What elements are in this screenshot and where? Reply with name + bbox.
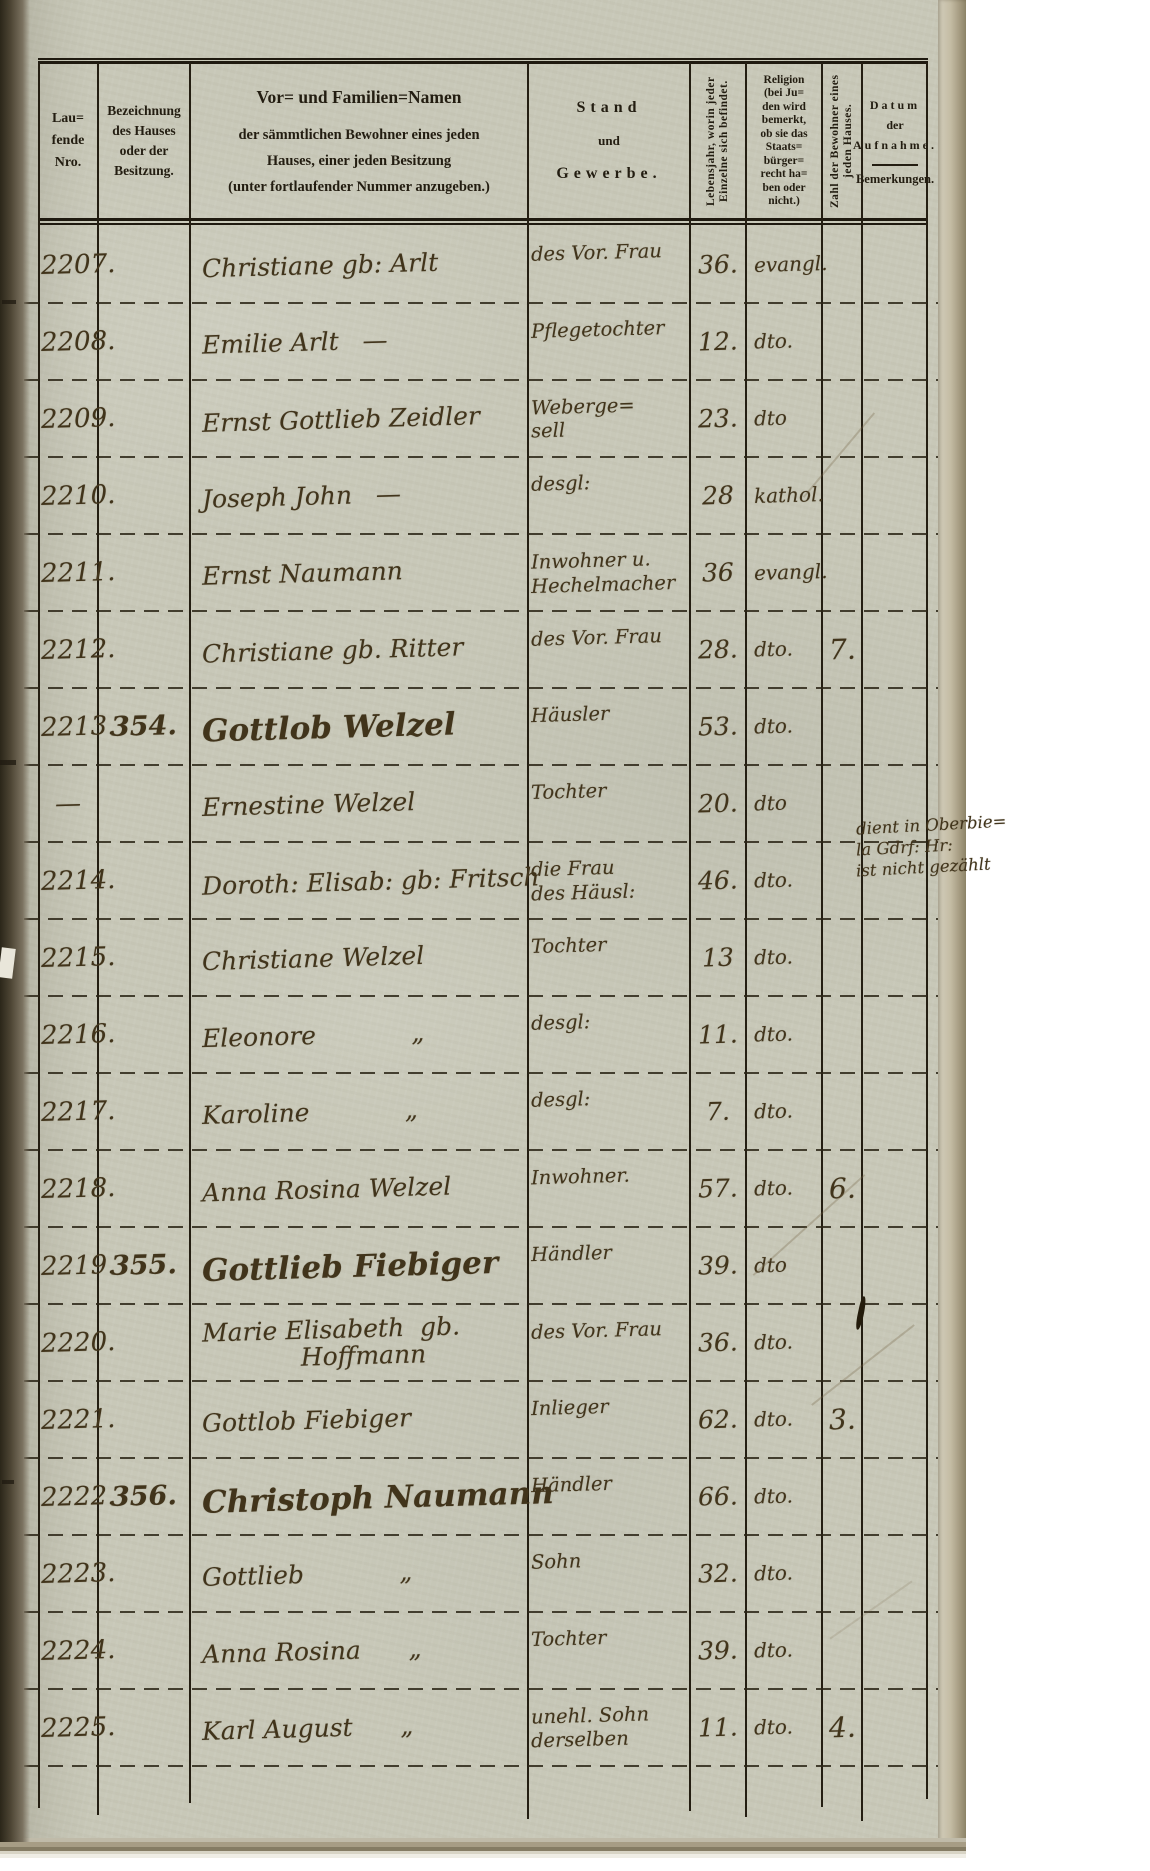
cell-stand-gewerbe: Tochter [528, 780, 690, 827]
header-bezeichnung: Bezeichnung des Hauses oder der Besitzun… [98, 64, 190, 218]
cell-religion: dto. [746, 1330, 822, 1355]
table-row: 2210. Joseph John — desgl: 28 kathol. [38, 457, 928, 534]
cell-religion: dto. [746, 714, 822, 739]
cell-laufende-nro: 2216. [38, 1020, 98, 1050]
cell-name: Ernst Gottlieb Zeidler [190, 406, 528, 432]
cell-zahl-bewohner [822, 1481, 862, 1513]
cell-hausnummer [98, 1560, 190, 1588]
table-row: 2212. Christiane gb. Ritter des Vor. Fra… [38, 611, 928, 688]
resident-count: 4. [828, 1710, 856, 1744]
person-name: Gottlob Fiebiger [202, 1404, 412, 1437]
header-text: ben oder [762, 182, 805, 196]
remark-note: dient in Oberbie= la Gdrf: Hr: ist nicht… [856, 814, 1026, 877]
cell-name: Gottlieb Fiebiger [190, 1253, 528, 1279]
occupation-line2: sell [531, 418, 566, 442]
cell-laufende-nro: 2212. [38, 635, 98, 665]
cell-name: Christiane gb: Arlt [190, 252, 528, 278]
cell-name: Anna Rosina „ [190, 1638, 528, 1664]
cell-hausnummer [98, 1329, 190, 1357]
cell-laufende-nro: — [38, 789, 98, 819]
religion-value: dto. [754, 1175, 794, 1200]
person-name: Gottlieb „ [202, 1558, 413, 1591]
table-row: 2222. 356. Christoph Naumann Händler 66.… [38, 1458, 928, 1535]
cell-lebensjahr: 20. [690, 789, 746, 819]
cell-zahl-bewohner [822, 1558, 862, 1590]
table-row: 2218. Anna Rosina Welzel Inwohner. 57. d… [38, 1150, 928, 1227]
cell-hausnummer [98, 251, 190, 279]
cell-lebensjahr: 46. [690, 866, 746, 896]
cell-hausnummer [98, 1175, 190, 1203]
cell-zahl-bewohner [822, 942, 862, 974]
header-text: der sämmtlichen Bewohner eines jeden [238, 127, 479, 144]
age-value: 23. [698, 403, 739, 433]
cell-name: Joseph John — [190, 483, 528, 509]
religion-value: dto. [754, 867, 794, 892]
cell-name: Ernst Naumann [190, 560, 528, 586]
cell-stand-gewerbe: des Vor. Frau [528, 241, 690, 288]
table-row: 2214. Doroth: Elisab: gb: Fritsch die Fr… [38, 842, 928, 919]
cell-hausnummer [98, 482, 190, 510]
occupation: des Vor. Frau [531, 1317, 662, 1344]
religion-value: dto. [754, 636, 794, 661]
cell-hausnummer: 356. [98, 1481, 190, 1512]
cell-religion: dto. [746, 1715, 822, 1740]
cell-laufende-nro: 2214. [38, 866, 98, 896]
cell-religion: dto. [746, 945, 822, 970]
age-value: 20. [698, 788, 739, 818]
header-stand-gewerbe: Stand und Gewerbe. [528, 64, 690, 218]
age-value: 36 [702, 557, 735, 587]
table-row: 2223. Gottlieb „ Sohn 32. dto. [38, 1535, 928, 1612]
binding-stub [2, 1480, 14, 1484]
cell-stand-gewerbe: Tochter [528, 1627, 690, 1674]
cell-stand-gewerbe: desgl: [528, 1088, 690, 1135]
cell-stand-gewerbe: Weberge= sell [528, 395, 690, 443]
cell-lebensjahr: 36. [690, 1328, 746, 1358]
cell-religion: dto. [746, 1561, 822, 1586]
header-text: recht ha= [761, 168, 808, 182]
cell-religion: dto. [746, 1099, 822, 1124]
cell-hausnummer [98, 636, 190, 664]
occupation: Tochter [531, 1626, 607, 1651]
header-text: Lau= [52, 108, 84, 130]
cell-name: Gottlob Welzel [190, 714, 528, 740]
cell-stand-gewerbe: Inlieger [528, 1396, 690, 1443]
cell-stand-gewerbe: des Vor. Frau [528, 626, 690, 673]
cell-stand-gewerbe: des Vor. Frau [528, 1319, 690, 1366]
cell-name: Gottlieb „ [190, 1561, 528, 1587]
cell-lebensjahr: 36. [690, 250, 746, 280]
person-name: Christiane gb: Arlt [202, 248, 439, 282]
cell-zahl-bewohner: 3. [822, 1403, 862, 1437]
occupation: Inwohner u. [531, 547, 651, 573]
religion-value: dto. [754, 1714, 794, 1739]
cell-zahl-bewohner [822, 1635, 862, 1667]
cell-religion: dto. [746, 1022, 822, 1047]
header-text: (unter fortlaufender Nummer anzugeben.) [228, 179, 490, 196]
religion-value: dto. [754, 944, 794, 969]
cell-laufende-nro: 2208. [38, 327, 98, 357]
cell-laufende-nro: 2218. [38, 1174, 98, 1204]
resident-count: 3. [828, 1402, 856, 1436]
age-value: 46. [698, 865, 739, 895]
header-text: bürger= [764, 155, 804, 169]
page-bottom-edge [0, 1838, 966, 1858]
occupation: des Vor. Frau [531, 239, 662, 266]
age-value: 11. [698, 1712, 739, 1742]
person-name: Eleonore „ [202, 1018, 425, 1051]
religion-value: dto. [754, 328, 794, 353]
cell-laufende-nro: 2219. [38, 1251, 98, 1281]
person-name: Christiane gb. Ritter [202, 633, 464, 667]
cell-religion: dto. [746, 1638, 822, 1663]
header-text: ob sie das [760, 128, 807, 142]
cell-name: Christoph Naumann [190, 1484, 528, 1510]
header-text: (bei Ju= [764, 87, 804, 101]
cell-hausnummer: 355. [98, 1250, 190, 1281]
cell-religion: dto. [746, 1484, 822, 1509]
cell-hausnummer [98, 1406, 190, 1434]
cell-religion: evangl. [746, 560, 822, 585]
cell-lebensjahr: 28. [690, 635, 746, 665]
occupation: Häusler [531, 702, 610, 727]
cell-zahl-bewohner [822, 711, 862, 743]
cell-lebensjahr: 11. [690, 1020, 746, 1050]
person-name: Anna Rosina „ [202, 1634, 422, 1667]
occupation: Weberge= [531, 393, 635, 419]
table-body: 2207. Christiane gb: Arlt des Vor. Frau … [38, 226, 928, 1766]
person-name: Joseph John — [202, 480, 402, 513]
header-text: Stand [576, 99, 641, 117]
cell-laufende-nro: 2215. [38, 943, 98, 973]
cell-stand-gewerbe: desgl: [528, 472, 690, 519]
cell-stand-gewerbe: unehl. Sohn derselben [528, 1704, 690, 1752]
cell-zahl-bewohner [822, 1327, 862, 1359]
header-bottom-rule-thin [38, 223, 928, 225]
cell-hausnummer [98, 1714, 190, 1742]
cell-religion: dto [746, 791, 822, 816]
religion-value: dto. [754, 1329, 794, 1354]
cell-stand-gewerbe: Pflegetochter [528, 318, 690, 365]
header-lebensjahr: Lebensjahr, worin jeder Einzelne sich be… [690, 64, 746, 218]
table-row: 2211. Ernst Naumann Inwohner u. Hechelma… [38, 534, 928, 611]
resident-count: 7. [828, 632, 856, 666]
cell-hausnummer [98, 328, 190, 356]
occupation: desgl: [531, 1010, 591, 1035]
age-value: 32. [698, 1558, 739, 1588]
cell-religion: dto. [746, 637, 822, 662]
cell-name: Eleonore „ [190, 1022, 528, 1048]
cell-lebensjahr: 57. [690, 1174, 746, 1204]
cell-lebensjahr: 12. [690, 327, 746, 357]
religion-value: dto [754, 1253, 788, 1278]
cell-name: Gottlob Fiebiger [190, 1407, 528, 1433]
cell-hausnummer [98, 1637, 190, 1665]
cell-zahl-bewohner [822, 480, 862, 512]
age-value: 57. [698, 1173, 739, 1203]
cell-lebensjahr: 32. [690, 1559, 746, 1589]
table-row: 2208. Emilie Arlt — Pflegetochter 12. dt… [38, 303, 928, 380]
header-religion: Religion (bei Ju= den wird bemerkt, ob s… [746, 64, 822, 218]
cell-laufende-nro: 2220. [38, 1328, 98, 1358]
cell-religion: dto. [746, 1176, 822, 1201]
cell-name: Doroth: Elisab: gb: Fritsch [190, 868, 528, 894]
occupation: unehl. Sohn [531, 1702, 650, 1728]
occupation-line2: des Häusl: [531, 879, 636, 905]
header-divider [872, 164, 918, 166]
header-text: oder der [120, 141, 169, 161]
age-value: 28 [702, 480, 735, 510]
cell-religion: dto. [746, 1407, 822, 1432]
cell-name: Christiane Welzel [190, 945, 528, 971]
person-name: Christoph Naumann [202, 1480, 554, 1517]
cell-zahl-bewohner [822, 326, 862, 358]
cell-hausnummer [98, 559, 190, 587]
register-page: Lau= fende Nro. Bezeichnung des Hauses o… [0, 0, 940, 1842]
table-row: — Ernestine Welzel Tochter 20. dto dient… [38, 765, 928, 842]
cell-name: Christiane gb. Ritter [190, 637, 528, 663]
occupation: desgl: [531, 471, 591, 496]
cell-lebensjahr: 53. [690, 712, 746, 742]
religion-value: dto. [754, 1021, 794, 1046]
age-value: 13 [702, 942, 735, 972]
cell-religion: dto [746, 406, 822, 431]
header-text: bemerkt, [762, 114, 806, 128]
religion-value: dto. [754, 713, 794, 738]
header-text: des Hauses [112, 121, 175, 141]
cell-lebensjahr: 28 [690, 481, 746, 511]
person-name: Doroth: Elisab: gb: Fritsch [202, 863, 540, 899]
cell-laufende-nro: 2222. [38, 1482, 98, 1512]
person-name: Ernst Naumann [202, 557, 404, 590]
binding-stub [2, 300, 16, 304]
cell-laufende-nro: 2210. [38, 481, 98, 511]
cell-laufende-nro: 2213. [38, 712, 98, 742]
table-row: 2213. 354. Gottlob Welzel Häusler 53. dt… [38, 688, 928, 765]
cell-stand-gewerbe: desgl: [528, 1011, 690, 1058]
header-datum-bemerkungen: Datum der Aufnahme. Bemerkungen. [862, 64, 928, 218]
table-row: 2207. Christiane gb: Arlt des Vor. Frau … [38, 226, 928, 303]
religion-value: dto. [754, 1560, 794, 1585]
header-text: Datum [870, 98, 920, 113]
binding-stub [0, 760, 16, 765]
cell-laufende-nro: 2217. [38, 1097, 98, 1127]
cell-religion: dto. [746, 868, 822, 893]
cell-stand-gewerbe: Tochter [528, 934, 690, 981]
cell-lebensjahr: 13 [690, 943, 746, 973]
header-namen: Vor= und Familien=Namen der sämmtlichen … [190, 64, 528, 218]
table-row: 2215. Christiane Welzel Tochter 13 dto. [38, 919, 928, 996]
table-row: 2221. Gottlob Fiebiger Inlieger 62. dto.… [38, 1381, 928, 1458]
cell-hausnummer [98, 944, 190, 972]
header-text: und [598, 133, 620, 149]
cell-hausnummer [98, 790, 190, 818]
cell-laufende-nro: 2223. [38, 1559, 98, 1589]
age-value: 39. [698, 1250, 739, 1280]
header-text: Hauses, einer jeden Besitzung [267, 153, 451, 170]
cell-stand-gewerbe: Inwohner u. Hechelmacher [528, 549, 690, 597]
header-text: nicht.) [768, 195, 800, 209]
cell-lebensjahr: 36 [690, 558, 746, 588]
register-table: Lau= fende Nro. Bezeichnung des Hauses o… [38, 58, 928, 1822]
cell-lebensjahr: 7. [690, 1097, 746, 1127]
cell-laufende-nro: 2225. [38, 1713, 98, 1743]
table-row: 2209. Ernst Gottlieb Zeidler Weberge= se… [38, 380, 928, 457]
house-number: 356. [111, 1480, 178, 1513]
header-text: Bezeichnung [107, 101, 181, 121]
header-text: Gewerbe. [556, 165, 661, 183]
cell-laufende-nro: 2207. [38, 250, 98, 280]
age-value: 12. [698, 326, 739, 356]
header-text: Staats= [766, 141, 803, 155]
cell-religion: dto. [746, 329, 822, 354]
age-value: 66. [698, 1481, 739, 1511]
cell-name: Karoline „ [190, 1099, 528, 1125]
cell-hausnummer [98, 1098, 190, 1126]
header-text: den wird [762, 101, 806, 115]
cell-stand-gewerbe: Sohn [528, 1550, 690, 1597]
age-value: 28. [698, 634, 739, 664]
book-binding [0, 0, 30, 1842]
cell-lebensjahr: 23. [690, 404, 746, 434]
occupation: Tochter [531, 933, 607, 958]
cell-zahl-bewohner [822, 403, 862, 435]
header-text: fende [52, 130, 85, 152]
house-number: 355. [111, 1249, 178, 1282]
religion-value: dto. [754, 1098, 794, 1123]
cell-lebensjahr: 62. [690, 1405, 746, 1435]
person-name: Karoline „ [202, 1095, 418, 1128]
cell-stand-gewerbe: die Frau des Häusl: [528, 857, 690, 905]
age-value: 39. [698, 1635, 739, 1665]
cell-name: Marie Elisabeth gb. Hoffmann [190, 1316, 528, 1369]
cell-laufende-nro: 2209. [38, 404, 98, 434]
occupation: die Frau [531, 855, 615, 880]
cell-name: Ernestine Welzel [190, 791, 528, 817]
header-text: Religion [764, 74, 805, 88]
cell-name: Emilie Arlt — [190, 329, 528, 355]
row-number: — [55, 788, 82, 819]
house-number: 354. [111, 710, 178, 743]
occupation: Händler [531, 1241, 612, 1266]
cell-hausnummer [98, 867, 190, 895]
religion-value: dto. [754, 1483, 794, 1508]
cell-stand-gewerbe: Inwohner. [528, 1165, 690, 1212]
occupation: des Vor. Frau [531, 624, 662, 651]
person-name: Karl August „ [202, 1712, 414, 1745]
cell-lebensjahr: 39. [690, 1251, 746, 1281]
occupation-line2: derselben [531, 1726, 629, 1752]
cell-religion: dto [746, 1253, 822, 1278]
cell-laufende-nro: 2221. [38, 1405, 98, 1435]
header-title: Vor= und Familien=Namen [256, 87, 461, 108]
religion-value: dto. [754, 1406, 794, 1431]
occupation: Inwohner. [531, 1164, 630, 1190]
person-name: Anna Rosina Welzel [202, 1172, 452, 1206]
age-value: 11. [698, 1019, 739, 1049]
cell-name: Anna Rosina Welzel [190, 1176, 528, 1202]
table-row: 2220. Marie Elisabeth gb. Hoffmann des V… [38, 1304, 928, 1381]
cell-zahl-bewohner [822, 1250, 862, 1282]
occupation-line2: Hechelmacher [531, 570, 676, 597]
cell-lebensjahr: 66. [690, 1482, 746, 1512]
table-row: 2216. Eleonore „ desgl: 11. dto. [38, 996, 928, 1073]
table-header: Lau= fende Nro. Bezeichnung des Hauses o… [38, 64, 928, 218]
cell-stand-gewerbe: Häusler [528, 703, 690, 750]
person-name: Ernestine Welzel [202, 788, 416, 821]
header-text: Nro. [55, 152, 82, 174]
header-text: Besitzung. [114, 161, 174, 181]
cell-lebensjahr: 11. [690, 1713, 746, 1743]
religion-value: evangl. [754, 559, 828, 585]
person-name: Gottlieb Fiebiger [202, 1249, 499, 1284]
cell-zahl-bewohner [822, 557, 862, 589]
occupation: Tochter [531, 779, 607, 804]
cell-name: Karl August „ [190, 1715, 528, 1741]
table-row: 2224. Anna Rosina „ Tochter 39. dto. [38, 1612, 928, 1689]
top-rule-thin [38, 58, 928, 60]
cell-hausnummer: 354. [98, 711, 190, 742]
person-name: Emilie Arlt — [202, 326, 388, 358]
occupation: Inlieger [531, 1395, 609, 1420]
cell-zahl-bewohner: 4. [822, 1711, 862, 1745]
occupation: desgl: [531, 1087, 591, 1112]
header-vertical-text: Lebensjahr, worin jeder Einzelne sich be… [705, 68, 731, 214]
age-value: 62. [698, 1404, 739, 1434]
header-bottom-rule-thick [38, 218, 928, 221]
cell-lebensjahr: 39. [690, 1636, 746, 1666]
table-row: 2225. Karl August „ unehl. Sohn derselbe… [38, 1689, 928, 1766]
age-value: 36. [698, 1327, 739, 1357]
age-value: 7. [706, 1096, 731, 1126]
cell-zahl-bewohner [822, 1019, 862, 1051]
religion-value: dto. [754, 1637, 794, 1662]
occupation: Händler [531, 1472, 612, 1497]
occupation: Sohn [531, 1549, 582, 1573]
cell-hausnummer [98, 405, 190, 433]
header-text: Aufnahme. [853, 138, 937, 153]
page-right-edge [938, 0, 966, 1848]
cell-laufende-nro: 2211. [38, 558, 98, 588]
cell-stand-gewerbe: Händler [528, 1242, 690, 1289]
person-name: Christiane Welzel [202, 941, 425, 974]
cell-stand-gewerbe: Händler [528, 1473, 690, 1520]
age-value: 36. [698, 249, 739, 279]
cell-laufende-nro: 2224. [38, 1636, 98, 1666]
header-text: der [886, 118, 903, 133]
person-name: Ernst Gottlieb Zeidler [202, 402, 481, 437]
table-row: 2217. Karoline „ desgl: 7. dto. [38, 1073, 928, 1150]
header-vertical-text: Zahl der Bewohner eines jeden Hauses. [829, 68, 855, 214]
religion-value: dto [754, 791, 788, 816]
cell-religion: evangl. [746, 252, 822, 277]
header-text: Bemerkungen. [856, 172, 934, 187]
cell-zahl-bewohner: 7. [822, 633, 862, 667]
cell-zahl-bewohner [822, 1096, 862, 1128]
religion-value: evangl. [754, 251, 828, 277]
occupation: Pflegetochter [531, 316, 665, 343]
age-value: 53. [698, 711, 739, 741]
header-laufende-nro: Lau= fende Nro. [38, 64, 98, 218]
cell-zahl-bewohner [822, 249, 862, 281]
religion-value: dto [754, 406, 788, 431]
cell-hausnummer [98, 1021, 190, 1049]
resident-count: 6. [828, 1171, 856, 1205]
cell-zahl-bewohner: 6. [822, 1172, 862, 1206]
person-name: Gottlob Welzel [202, 711, 456, 745]
